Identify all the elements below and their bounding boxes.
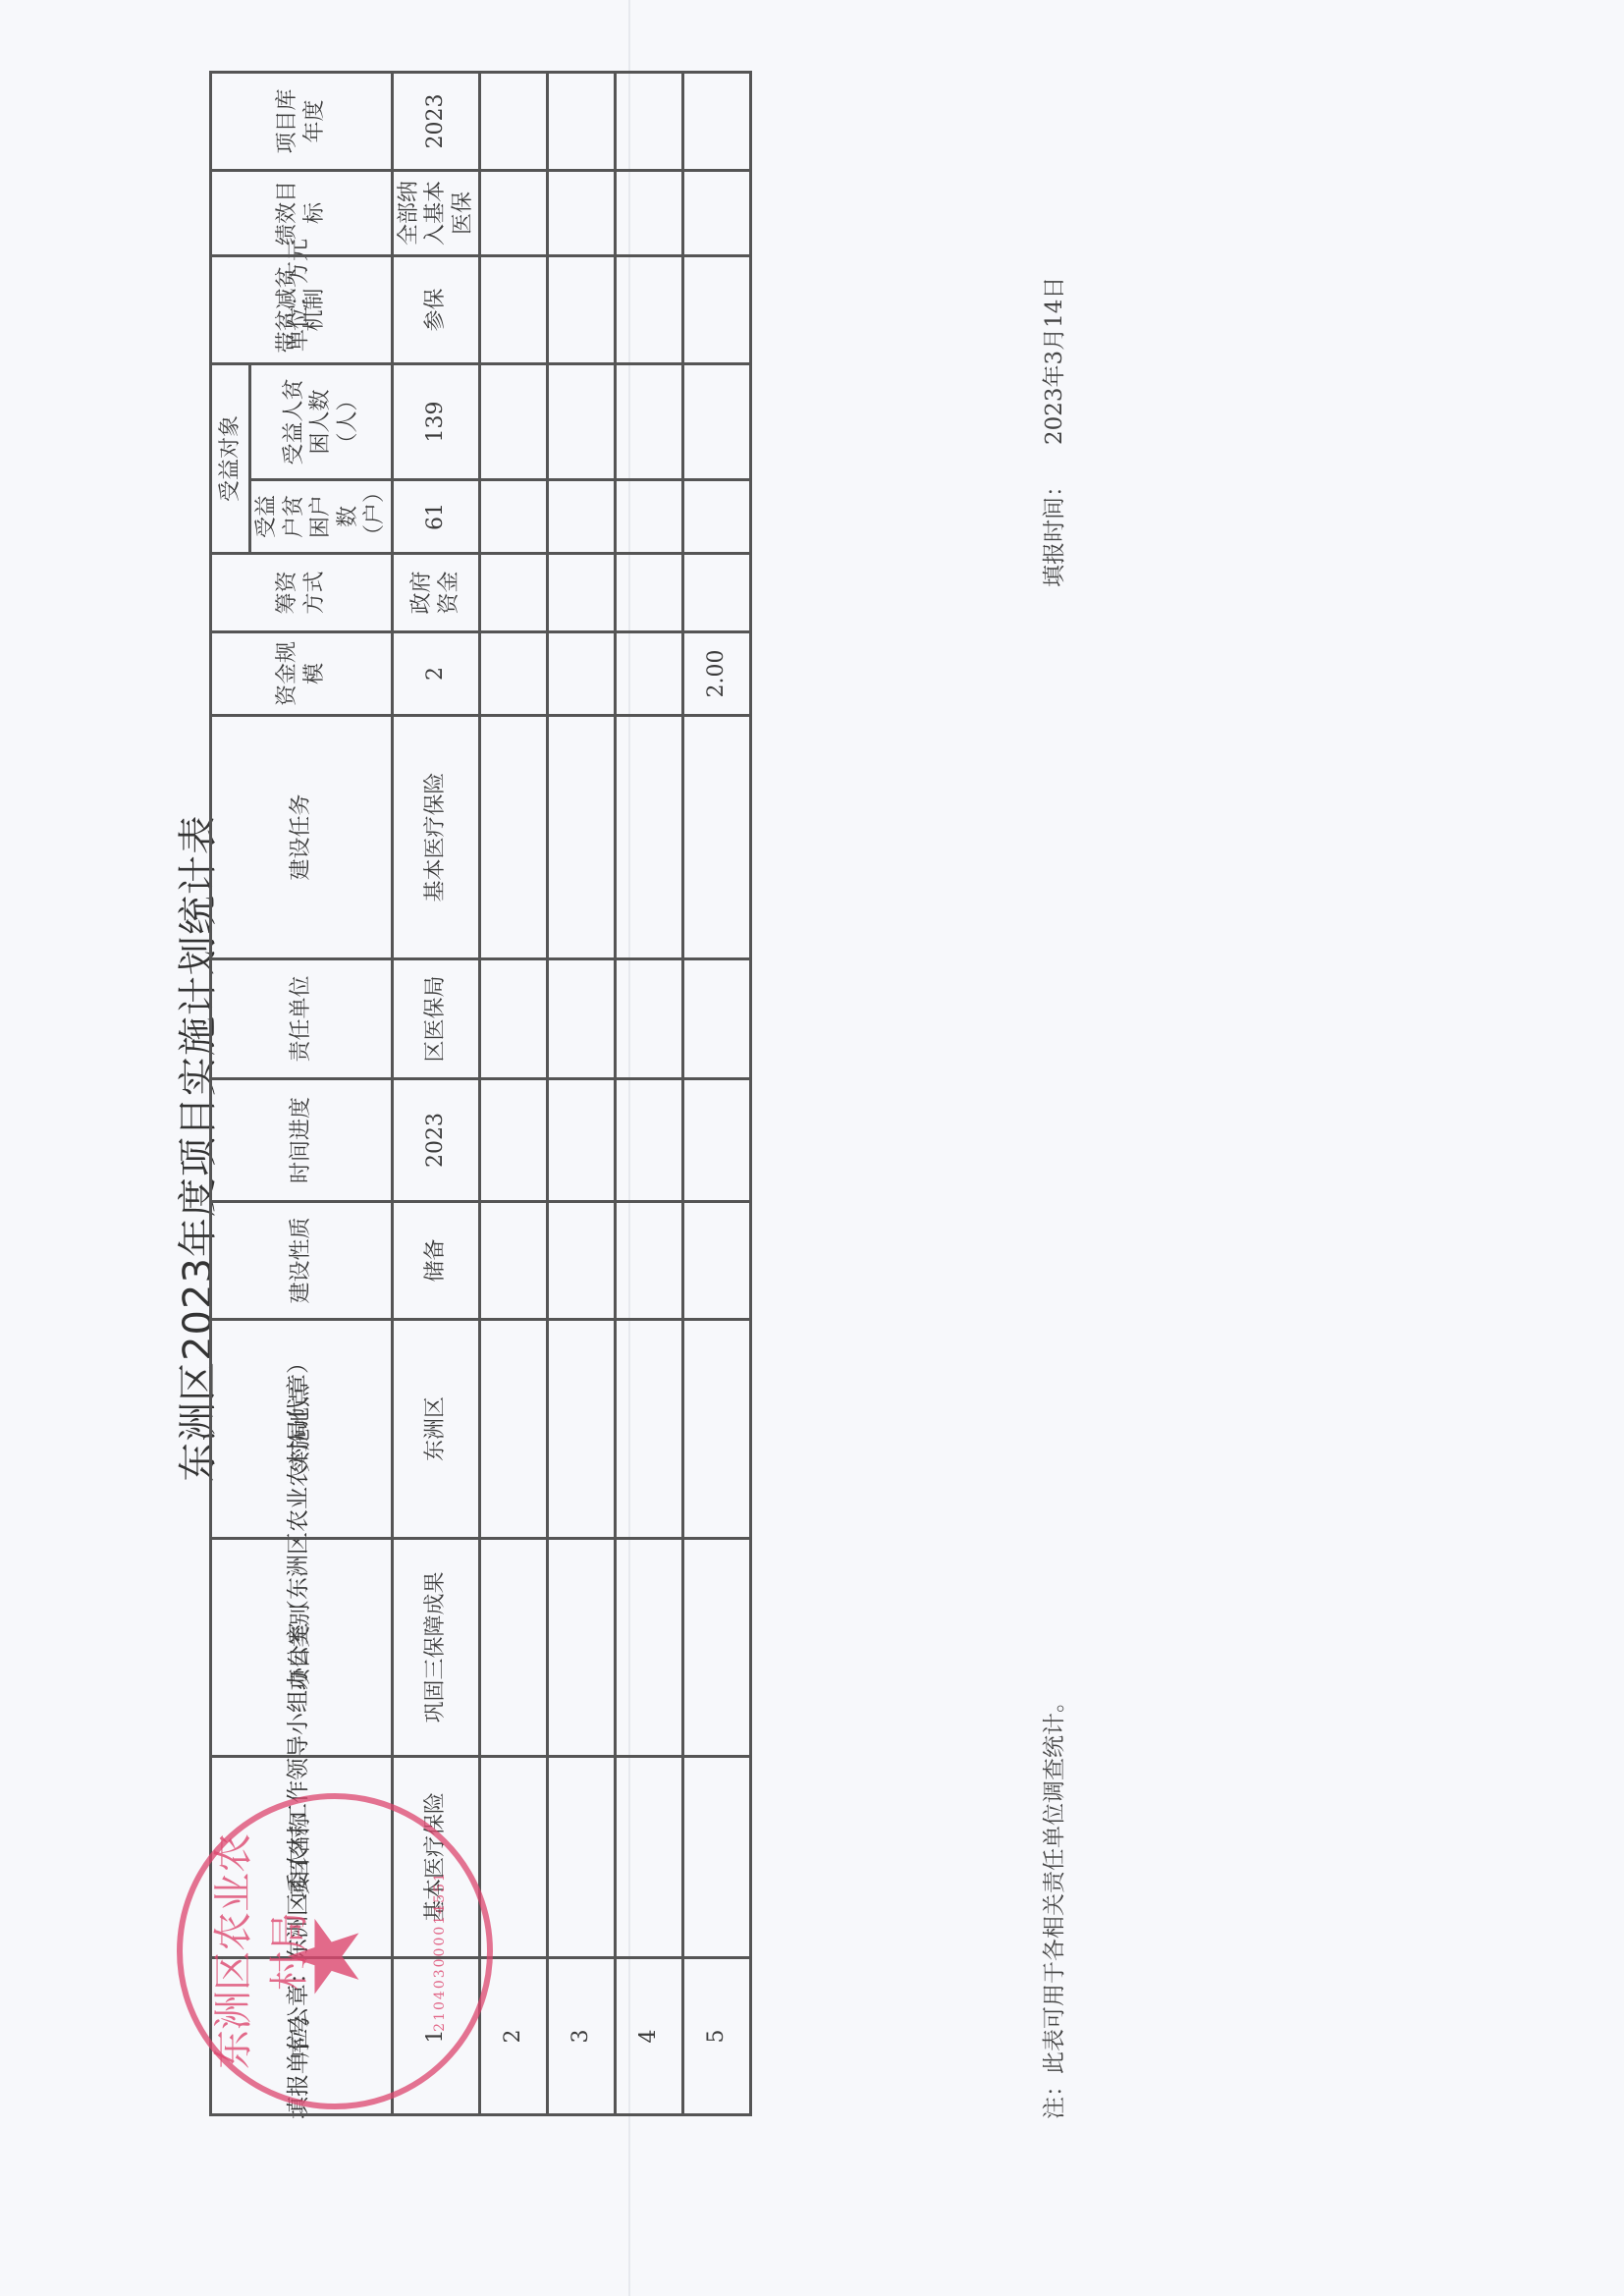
table-row: 1 基本医疗保险 巩固三保障成果 东洲区 储备 2023 区医保局 基本医疗保险… [392,72,480,2114]
cell-responsible-unit: 区医保局 [392,959,480,1079]
cell-empty [548,363,616,479]
cell-empty [480,255,548,363]
cell-empty [480,1079,548,1202]
table-row: 3 [548,72,616,2114]
date-value: 2023年3月14日 [1042,277,1067,445]
header-fund-scale: 资金规模 [211,632,393,716]
cell-empty [548,480,616,554]
cell-performance-goal: 全部纳入基本医保 [392,170,480,255]
cell-empty [683,1320,751,1539]
cell-empty [683,255,751,363]
cell-empty [683,959,751,1079]
header-row: 序号 项目名称 项目类别 实施地点 建设性质 时间进度 责任单位 建设任务 资金… [211,72,250,2114]
header-schedule: 时间进度 [211,1079,393,1202]
cell-empty [616,1757,683,1958]
cell-empty [616,554,683,632]
header-responsible-unit: 责任单位 [211,959,393,1079]
cell-construction-nature: 储备 [392,1202,480,1320]
footnote: 注：此表可用于各相关责任单位调查统计。 [1036,1690,1068,2119]
header-location: 实施地点 [211,1320,393,1539]
cell-empty [683,1079,751,1202]
cell-empty [480,480,548,554]
cell-empty [616,959,683,1079]
table-row: 4 [616,72,683,2114]
cell-empty [480,72,548,170]
header-seq: 序号 [211,1958,393,2115]
cell-empty [616,480,683,554]
cell-empty [548,716,616,959]
cell-location: 东洲区 [392,1320,480,1539]
cell-project-name: 基本医疗保险 [392,1757,480,1958]
header-project-category: 项目类别 [211,1539,393,1757]
cell-funding-method: 政府资金 [392,554,480,632]
cell-empty [480,716,548,959]
cell-poverty-mechanism: 参保 [392,255,480,363]
date-label: 填报时间： [1042,474,1067,587]
table-row: 2 [480,72,548,2114]
cell-empty [548,170,616,255]
cell-schedule: 2023 [392,1079,480,1202]
cell-empty [616,1202,683,1320]
cell-empty [683,363,751,479]
header-performance-goal: 绩效目标 [211,170,393,255]
cell-empty [480,1202,548,1320]
cell-empty [548,1757,616,1958]
cell-empty [683,554,751,632]
header-beneficiaries-group: 受益对象 [211,363,250,553]
cell-empty [616,363,683,479]
cell-empty [683,72,751,170]
cell-seq: 1 [392,1958,480,2115]
cell-empty [616,72,683,170]
cell-empty [616,255,683,363]
cell-empty [683,480,751,554]
cell-empty [548,255,616,363]
cell-library-year: 2023 [392,72,480,170]
cell-fund-scale-total: 2.00 [683,632,751,716]
cell-empty [548,632,616,716]
cell-empty [683,1539,751,1757]
cell-seq: 4 [616,1958,683,2115]
cell-empty [480,554,548,632]
cell-empty [548,1079,616,1202]
cell-empty [683,170,751,255]
cell-seq: 2 [480,1958,548,2115]
header-beneficiary-households: 受益户贫困户数（户） [250,480,393,554]
cell-empty [683,1757,751,1958]
cell-empty [480,1757,548,1958]
header-poverty-mechanism: 带贫减贫机制 [211,255,393,363]
cell-fund-scale: 2 [392,632,480,716]
header-library-year: 项目库年度 [211,72,393,170]
cell-empty [480,170,548,255]
cell-empty [480,1320,548,1539]
cell-empty [548,1320,616,1539]
cell-empty [548,72,616,170]
cell-empty [480,632,548,716]
cell-empty [548,1202,616,1320]
header-construction-nature: 建设性质 [211,1202,393,1320]
cell-seq: 3 [548,1958,616,2115]
cell-beneficiary-households: 61 [392,480,480,554]
cell-empty [480,1539,548,1757]
cell-empty [548,554,616,632]
cell-empty [616,170,683,255]
rotated-page: 东洲区2023年度项目实施计划统计表 填报单位公章：东洲区委农村工作领导小组办公… [0,0,1624,2296]
cell-empty [616,716,683,959]
cell-empty [480,959,548,1079]
header-project-name: 项目名称 [211,1757,393,1958]
table-row-total: 5 2.00 [683,72,751,2114]
cell-empty [548,959,616,1079]
report-date: 填报时间：2023年3月14日 [1036,277,1068,587]
cell-construction-task: 基本医疗保险 [392,716,480,959]
project-plan-table: 序号 项目名称 项目类别 实施地点 建设性质 时间进度 责任单位 建设任务 资金… [209,71,752,2116]
cell-empty [616,632,683,716]
cell-empty [616,1320,683,1539]
cell-empty [548,1539,616,1757]
cell-empty [683,1202,751,1320]
cell-empty [480,363,548,479]
cell-project-category: 巩固三保障成果 [392,1539,480,1757]
header-funding-method: 筹资方式 [211,554,393,632]
cell-empty [683,716,751,959]
header-construction-task: 建设任务 [211,716,393,959]
cell-seq: 5 [683,1958,751,2115]
cell-beneficiary-people: 139 [392,363,480,479]
cell-empty [616,1079,683,1202]
header-beneficiary-people: 受益人贫困人数（人） [250,363,393,479]
cell-empty [616,1539,683,1757]
